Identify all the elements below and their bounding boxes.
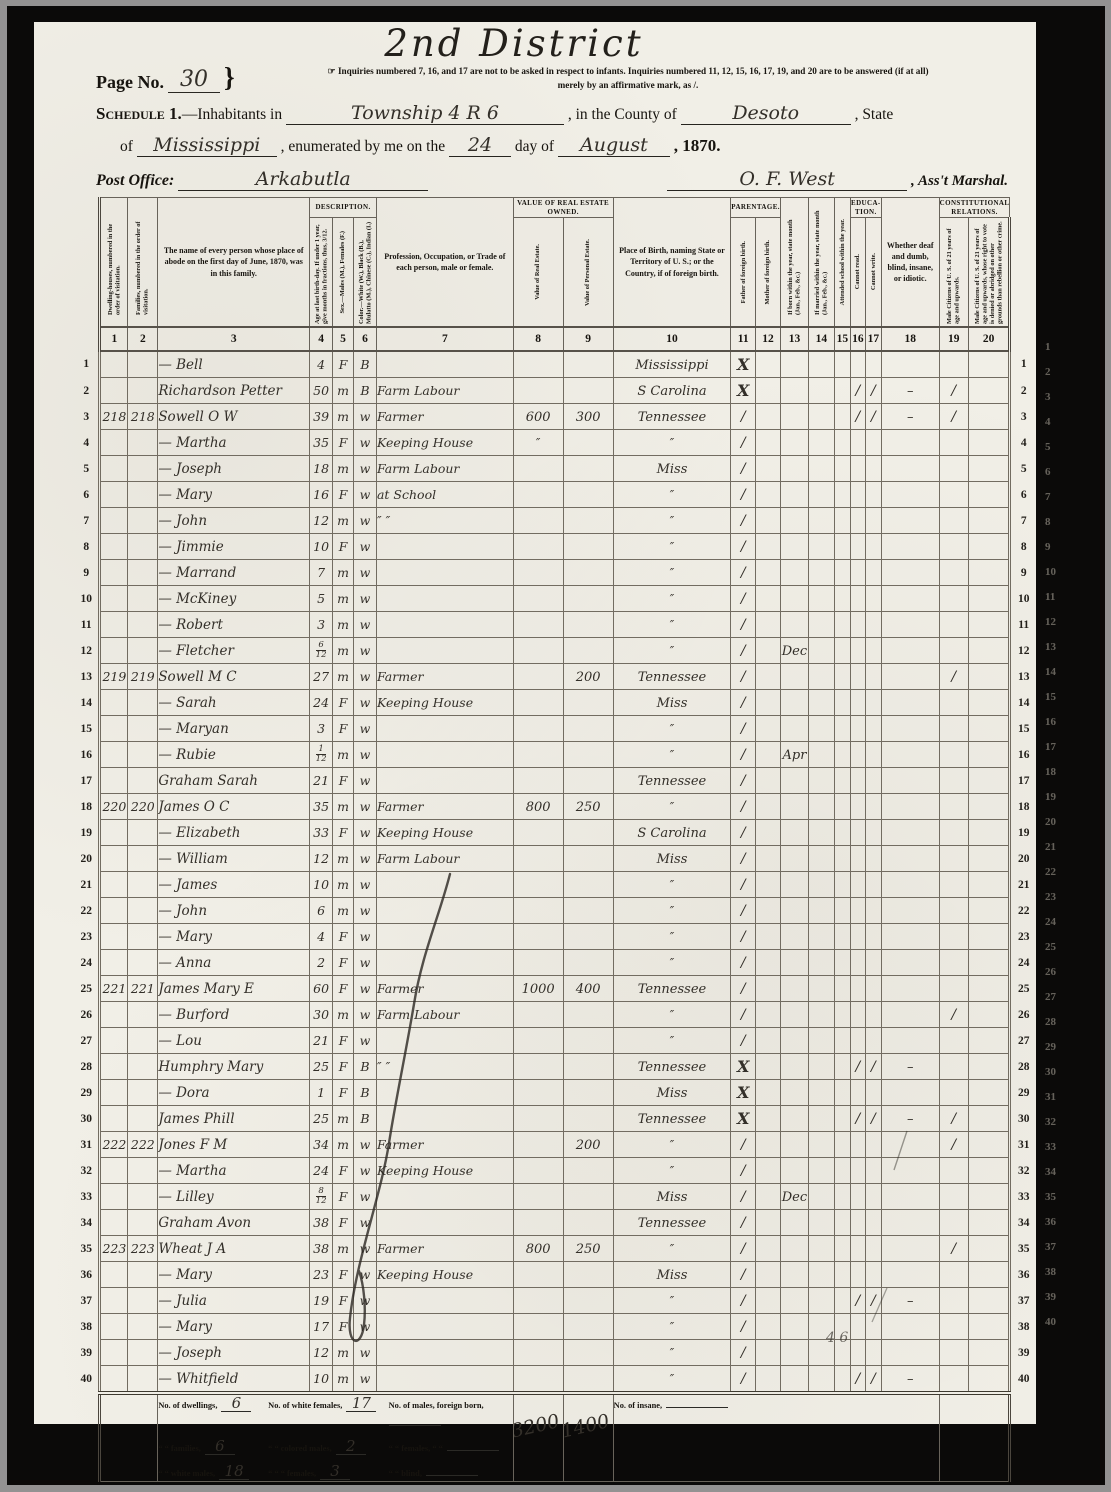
cell-mother-foreign <box>756 1002 781 1028</box>
insane-blank-line <box>666 1407 728 1408</box>
cell-occupation: at School <box>376 482 513 508</box>
cell-family: 218 <box>128 404 158 430</box>
cell-real-estate <box>513 846 563 872</box>
schedule-year: , 1870. <box>674 136 721 155</box>
cell-marriage-month <box>808 768 834 794</box>
cell-marriage-month <box>808 430 834 456</box>
cell-school <box>834 1158 850 1184</box>
cell-family <box>128 638 158 664</box>
cell-age: 60 <box>310 976 333 1002</box>
table-row: 4— Martha35FwKeeping House″″/4 <box>74 430 1036 456</box>
cell-deaf-dumb <box>881 976 939 1002</box>
cell-occupation <box>376 742 513 768</box>
cell-occupation <box>376 1314 513 1340</box>
stat-foreign-males-label: No. of males, foreign born, <box>389 1401 484 1410</box>
cell-color: B <box>354 378 377 404</box>
cell-occupation <box>376 1366 513 1394</box>
cell-birthplace: ″ <box>613 508 731 534</box>
cell-cannot-write <box>865 1028 881 1054</box>
cell-mother-foreign <box>756 1314 781 1340</box>
cell-real-estate <box>513 560 563 586</box>
cell-father-foreign: / <box>731 1236 756 1262</box>
table-row: 25221221James Mary E60FwFarmer1000400Ten… <box>74 976 1036 1002</box>
cell-color: B <box>354 351 377 378</box>
cell-personal-estate: 250 <box>563 794 613 820</box>
cell-cannot-write <box>865 1340 881 1366</box>
cell-mother-foreign <box>756 664 781 690</box>
cell-personal-estate <box>563 482 613 508</box>
cell-vote-denied <box>968 1002 1010 1028</box>
cell-birthplace: S Carolina <box>613 820 731 846</box>
cell-cannot-read <box>850 1132 865 1158</box>
cell-name: James Mary E <box>158 976 310 1002</box>
cell-male-citizen <box>939 1184 968 1210</box>
cell-vote-denied <box>968 1080 1010 1106</box>
table-row: 38— Mary17Fw″/38 <box>74 1314 1036 1340</box>
cell-cannot-read <box>850 846 865 872</box>
cell-birth-month <box>780 1132 808 1158</box>
stat-foreign-males-value <box>389 1425 441 1426</box>
cell-real-estate <box>513 1002 563 1028</box>
cell-age: 25 <box>310 1106 333 1132</box>
cell-school <box>834 508 850 534</box>
cell-occupation: Keeping House <box>376 690 513 716</box>
cell-birthplace: Tennessee <box>613 976 731 1002</box>
cell-mother-foreign <box>756 508 781 534</box>
cell-personal-estate <box>563 690 613 716</box>
table-row: 32— Martha24FwKeeping House″/32 <box>74 1158 1036 1184</box>
cell-dwelling <box>100 1366 128 1394</box>
cell-mother-foreign <box>756 872 781 898</box>
cell-vote-denied <box>968 586 1010 612</box>
cell-school <box>834 612 850 638</box>
cell-marriage-month <box>808 1132 834 1158</box>
stat-foreign-females-value <box>447 1450 499 1451</box>
cell-mother-foreign <box>756 586 781 612</box>
cell-cannot-write <box>865 976 881 1002</box>
cell-dwelling <box>100 872 128 898</box>
cell-birthplace: Miss <box>613 846 731 872</box>
cell-male-citizen <box>939 482 968 508</box>
cell-male-citizen <box>939 690 968 716</box>
cell-mother-foreign <box>756 560 781 586</box>
cell-real-estate <box>513 1262 563 1288</box>
census-footer: No. of dwellings, 6 No. of white females… <box>74 1393 1036 1482</box>
cell-name: — James <box>158 872 310 898</box>
cell-deaf-dumb <box>881 1262 939 1288</box>
cell-name: — Anna <box>158 950 310 976</box>
cell-vote-denied <box>968 560 1010 586</box>
cell-cannot-write <box>865 1132 881 1158</box>
cell-school <box>834 976 850 1002</box>
cell-occupation: ″ ″ <box>376 508 513 534</box>
cell-age: 24 <box>310 690 333 716</box>
cell-marriage-month <box>808 586 834 612</box>
cell-cannot-write: / <box>865 1288 881 1314</box>
month-fill: August <box>558 134 670 157</box>
cell-marriage-month <box>808 404 834 430</box>
cell-deaf-dumb <box>881 716 939 742</box>
cell-sex: m <box>333 638 354 664</box>
cell-cannot-write <box>865 456 881 482</box>
cell-real-estate <box>513 1210 563 1236</box>
cell-color: w <box>354 430 377 456</box>
cell-cannot-read <box>850 430 865 456</box>
cell-male-citizen <box>939 976 968 1002</box>
cell-dwelling <box>100 482 128 508</box>
cell-name: — Mary <box>158 924 310 950</box>
footer-real-estate-total: 3200 <box>513 1393 563 1482</box>
cell-father-foreign: / <box>731 534 756 560</box>
cell-cannot-read <box>850 482 865 508</box>
cell-sex: m <box>333 1106 354 1132</box>
cell-dwelling <box>100 1314 128 1340</box>
cell-sex: m <box>333 898 354 924</box>
cell-name: — Burford <box>158 1002 310 1028</box>
cell-father-foreign: / <box>731 638 756 664</box>
post-office-fill: Arkabutla <box>178 168 428 191</box>
cell-cannot-read <box>850 716 865 742</box>
cell-occupation: Farmer <box>376 1236 513 1262</box>
cell-personal-estate <box>563 768 613 794</box>
cell-marriage-month <box>808 508 834 534</box>
cell-sex: m <box>333 1366 354 1394</box>
cell-age: 35 <box>310 430 333 456</box>
cell-age: 2 <box>310 950 333 976</box>
cell-name: — Dora <box>158 1080 310 1106</box>
cell-cannot-read: / <box>850 1054 865 1080</box>
cell-age: 23 <box>310 1262 333 1288</box>
cell-real-estate <box>513 924 563 950</box>
cell-sex: m <box>333 872 354 898</box>
cell-school <box>834 534 850 560</box>
cell-vote-denied <box>968 664 1010 690</box>
cell-occupation <box>376 898 513 924</box>
cell-mother-foreign <box>756 638 781 664</box>
cell-occupation <box>376 1340 513 1366</box>
cell-marriage-month <box>808 612 834 638</box>
cell-family <box>128 1210 158 1236</box>
cell-real-estate: 1000 <box>513 976 563 1002</box>
cell-real-estate <box>513 508 563 534</box>
cell-mother-foreign <box>756 1028 781 1054</box>
cell-color: w <box>354 872 377 898</box>
table-row: 35223223Wheat J A38mwFarmer800250″//35 <box>74 1236 1036 1262</box>
cell-birthplace: Miss <box>613 1262 731 1288</box>
cell-vote-denied <box>968 950 1010 976</box>
cell-sex: m <box>333 1236 354 1262</box>
cell-cannot-write <box>865 586 881 612</box>
cell-real-estate <box>513 1340 563 1366</box>
cell-school <box>834 1080 850 1106</box>
cell-name: — Mary <box>158 482 310 508</box>
cell-color: w <box>354 1262 377 1288</box>
cell-father-foreign: X <box>731 1054 756 1080</box>
cell-male-citizen <box>939 820 968 846</box>
cell-father-foreign: / <box>731 560 756 586</box>
cell-family <box>128 1054 158 1080</box>
cell-age: 34 <box>310 1132 333 1158</box>
cell-color: w <box>354 1314 377 1340</box>
cell-dwelling <box>100 742 128 768</box>
cell-age: 21 <box>310 1028 333 1054</box>
cell-school <box>834 690 850 716</box>
cell-mother-foreign <box>756 1132 781 1158</box>
cell-family <box>128 456 158 482</box>
cell-cannot-read <box>850 638 865 664</box>
cell-real-estate <box>513 742 563 768</box>
schedule-line-2: of Mississippi , enumerated by me on the… <box>120 134 1020 157</box>
cell-birth-month <box>780 872 808 898</box>
cell-color: w <box>354 794 377 820</box>
cell-cannot-write <box>865 508 881 534</box>
census-body: 1— Bell4FBMississippiX12Richardson Pette… <box>74 351 1036 1393</box>
cell-sex: F <box>333 690 354 716</box>
cell-color: w <box>354 1132 377 1158</box>
cell-color: w <box>354 456 377 482</box>
cell-sex: m <box>333 1002 354 1028</box>
cell-age: 812 <box>310 1184 333 1210</box>
cell-personal-estate <box>563 1002 613 1028</box>
cell-father-foreign: / <box>731 924 756 950</box>
cell-birthplace: ″ <box>613 560 731 586</box>
cell-birthplace: ″ <box>613 638 731 664</box>
cell-marriage-month <box>808 898 834 924</box>
cell-sex: m <box>333 1340 354 1366</box>
cell-deaf-dumb <box>881 768 939 794</box>
cell-mother-foreign <box>756 1184 781 1210</box>
cell-age: 7 <box>310 560 333 586</box>
cell-birth-month <box>780 1262 808 1288</box>
cell-cannot-read: / <box>850 1366 865 1394</box>
cell-name: Graham Sarah <box>158 768 310 794</box>
cell-dwelling <box>100 846 128 872</box>
footer-personal-estate-total: 1400 <box>563 1393 613 1482</box>
cell-sex: F <box>333 351 354 378</box>
cell-mother-foreign <box>756 794 781 820</box>
cell-male-citizen <box>939 1314 968 1340</box>
cell-dwelling <box>100 950 128 976</box>
cell-family: 223 <box>128 1236 158 1262</box>
cell-cannot-read <box>850 508 865 534</box>
stat-blind-value <box>426 1475 478 1476</box>
cell-vote-denied <box>968 1340 1010 1366</box>
cell-color: w <box>354 950 377 976</box>
cell-marriage-month <box>808 690 834 716</box>
cell-male-citizen <box>939 1210 968 1236</box>
cell-cannot-write <box>865 482 881 508</box>
cell-real-estate <box>513 716 563 742</box>
cell-color: w <box>354 1366 377 1394</box>
cell-occupation <box>376 768 513 794</box>
cell-male-citizen <box>939 456 968 482</box>
cell-birth-month <box>780 1002 808 1028</box>
cell-birthplace: Tennessee <box>613 404 731 430</box>
cell-dwelling <box>100 820 128 846</box>
cell-deaf-dumb <box>881 482 939 508</box>
cell-mother-foreign <box>756 534 781 560</box>
instructions-line2: merely by an affirmative mark, as /. <box>558 80 699 90</box>
cell-marriage-month <box>808 1106 834 1132</box>
cell-male-citizen <box>939 742 968 768</box>
cell-birthplace: ″ <box>613 716 731 742</box>
cell-family <box>128 1106 158 1132</box>
cell-father-foreign: / <box>731 1366 756 1394</box>
stat-white-females-value: 17 <box>346 1397 376 1412</box>
schedule-text-2: , in the County of <box>568 106 677 123</box>
cell-school <box>834 716 850 742</box>
cell-sex: F <box>333 976 354 1002</box>
cell-male-citizen <box>939 1028 968 1054</box>
cell-marriage-month <box>808 1002 834 1028</box>
cell-occupation: Farmer <box>376 794 513 820</box>
cell-vote-denied <box>968 638 1010 664</box>
cell-marriage-month <box>808 456 834 482</box>
cell-dwelling <box>100 690 128 716</box>
cell-mother-foreign <box>756 976 781 1002</box>
cell-sex: F <box>333 1080 354 1106</box>
cell-birth-month <box>780 1210 808 1236</box>
cell-sex: m <box>333 378 354 404</box>
cell-occupation: Farmer <box>376 976 513 1002</box>
cell-family <box>128 924 158 950</box>
cell-family <box>128 534 158 560</box>
cell-personal-estate <box>563 1184 613 1210</box>
cell-name: — William <box>158 846 310 872</box>
cell-occupation: Farm Labour <box>376 378 513 404</box>
cell-occupation <box>376 1210 513 1236</box>
cell-color: B <box>354 1080 377 1106</box>
cell-cannot-read: / <box>850 378 865 404</box>
cell-dwelling <box>100 1054 128 1080</box>
cell-birth-month <box>780 560 808 586</box>
table-row: 10— McKiney5mw″/10 <box>74 586 1036 612</box>
cell-father-foreign: / <box>731 1314 756 1340</box>
cell-real-estate <box>513 1288 563 1314</box>
cell-occupation <box>376 560 513 586</box>
cell-personal-estate <box>563 1288 613 1314</box>
cell-color: w <box>354 1340 377 1366</box>
cell-male-citizen: / <box>939 664 968 690</box>
cell-marriage-month <box>808 716 834 742</box>
cell-male-citizen: / <box>939 1106 968 1132</box>
table-row: 3218218Sowell O W39mwFarmer600300Tenness… <box>74 404 1036 430</box>
page-number-line: Page No. 30 } <box>96 62 235 93</box>
cell-family <box>128 1002 158 1028</box>
cell-personal-estate <box>563 351 613 378</box>
cell-age: 38 <box>310 1236 333 1262</box>
cell-birth-month <box>780 534 808 560</box>
cell-cannot-write <box>865 768 881 794</box>
cell-family <box>128 378 158 404</box>
cell-sex: F <box>333 1288 354 1314</box>
cell-birth-month <box>780 378 808 404</box>
cell-sex: F <box>333 1210 354 1236</box>
cell-male-citizen <box>939 1262 968 1288</box>
cell-name: — John <box>158 898 310 924</box>
cell-real-estate <box>513 1366 563 1394</box>
table-row: 23— Mary4Fw″/23 <box>74 924 1036 950</box>
cell-family <box>128 872 158 898</box>
cell-dwelling <box>100 508 128 534</box>
cell-father-foreign: / <box>731 1340 756 1366</box>
cell-cannot-read <box>850 534 865 560</box>
table-row: 37— Julia19Fw″///–37 <box>74 1288 1036 1314</box>
cell-vote-denied <box>968 1288 1010 1314</box>
table-row: 29— Dora1FBMissX29 <box>74 1080 1036 1106</box>
state-fill: Mississippi <box>137 134 277 157</box>
cell-birthplace: Mississippi <box>613 351 731 378</box>
cell-school <box>834 404 850 430</box>
cell-mother-foreign <box>756 1288 781 1314</box>
cell-real-estate <box>513 820 563 846</box>
cell-male-citizen: / <box>939 1132 968 1158</box>
cell-birthplace: ″ <box>613 1158 731 1184</box>
cell-father-foreign: / <box>731 1132 756 1158</box>
cell-father-foreign: / <box>731 1028 756 1054</box>
cell-color: w <box>354 976 377 1002</box>
cell-mother-foreign <box>756 1366 781 1394</box>
cell-age: 16 <box>310 482 333 508</box>
cell-deaf-dumb <box>881 742 939 768</box>
table-row: 33— Lilley812FwMiss/Dec33 <box>74 1184 1036 1210</box>
cell-birthplace: ″ <box>613 1028 731 1054</box>
cell-age: 30 <box>310 1002 333 1028</box>
cell-family: 220 <box>128 794 158 820</box>
cell-cannot-write <box>865 872 881 898</box>
table-row: 15— Maryan3Fw″/15 <box>74 716 1036 742</box>
cell-dwelling <box>100 768 128 794</box>
cell-father-foreign: X <box>731 351 756 378</box>
cell-birth-month <box>780 456 808 482</box>
cell-deaf-dumb <box>881 638 939 664</box>
cell-name: — Robert <box>158 612 310 638</box>
cell-cannot-write <box>865 898 881 924</box>
cell-family <box>128 612 158 638</box>
cell-real-estate <box>513 482 563 508</box>
cell-color: w <box>354 1028 377 1054</box>
cell-color: w <box>354 846 377 872</box>
cell-occupation: Farmer <box>376 404 513 430</box>
cell-cannot-write <box>865 612 881 638</box>
cell-cannot-read <box>850 1002 865 1028</box>
cell-birth-month <box>780 664 808 690</box>
cell-vote-denied <box>968 534 1010 560</box>
cell-personal-estate <box>563 1106 613 1132</box>
cell-dwelling: 220 <box>100 794 128 820</box>
cell-real-estate <box>513 1054 563 1080</box>
cell-occupation <box>376 638 513 664</box>
cell-birthplace: ″ <box>613 1340 731 1366</box>
cell-age: 17 <box>310 1314 333 1340</box>
cell-mother-foreign <box>756 898 781 924</box>
cell-male-citizen <box>939 1340 968 1366</box>
cell-personal-estate <box>563 872 613 898</box>
cell-age: 1 <box>310 1080 333 1106</box>
cell-occupation <box>376 1080 513 1106</box>
cell-deaf-dumb <box>881 1080 939 1106</box>
cell-name: — Sarah <box>158 690 310 716</box>
cell-family <box>128 1314 158 1340</box>
cell-family <box>128 586 158 612</box>
cell-occupation: Farmer <box>376 1132 513 1158</box>
cell-dwelling <box>100 898 128 924</box>
cell-cannot-write: / <box>865 378 881 404</box>
cell-marriage-month <box>808 378 834 404</box>
cell-real-estate: ″ <box>513 430 563 456</box>
cell-cannot-write <box>865 351 881 378</box>
cell-personal-estate <box>563 586 613 612</box>
